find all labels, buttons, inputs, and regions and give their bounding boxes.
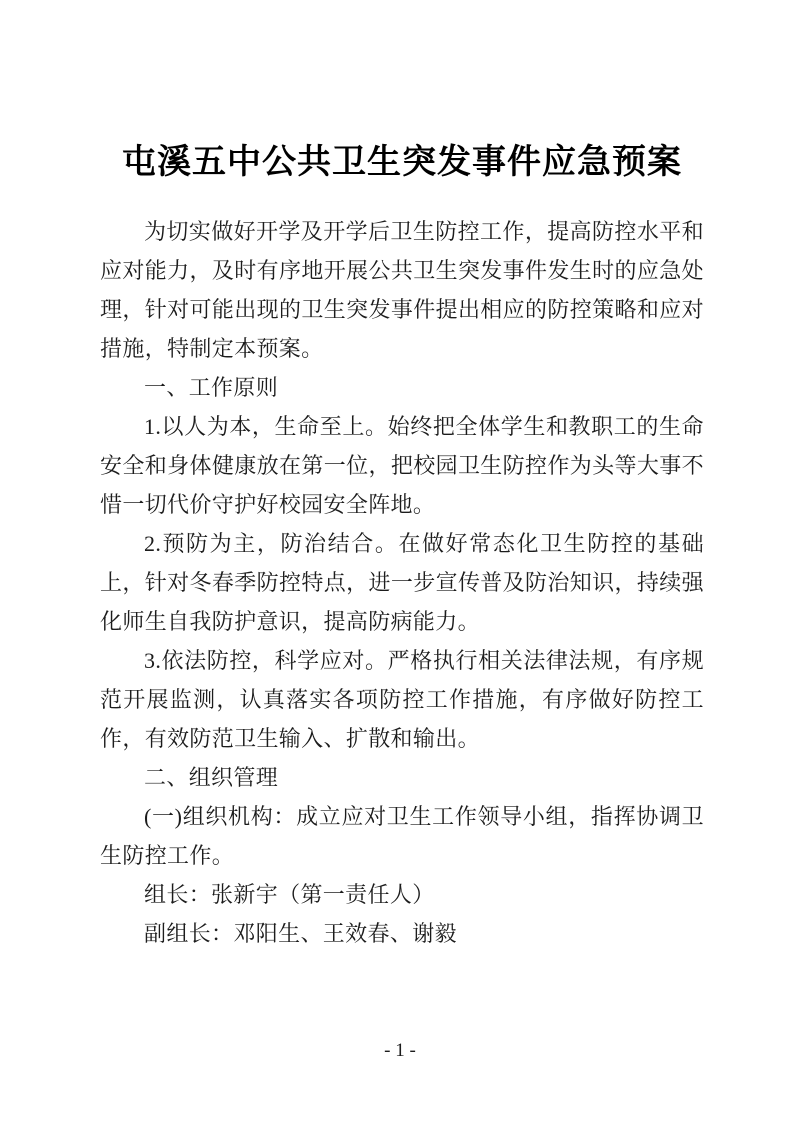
paragraph: (一)组织机构：成立应对卫生工作领导小组，指挥协调卫生防控工作。 (100, 797, 704, 875)
section-heading: 一、工作原则 (100, 368, 704, 407)
page-number: - 1 - (0, 1040, 800, 1062)
document-title: 屯溪五中公共卫生突发事件应急预案 (100, 140, 704, 186)
paragraph: 副组长：邓阳生、王效春、谢毅 (100, 914, 704, 953)
document-page: 屯溪五中公共卫生突发事件应急预案 为切实做好开学及开学后卫生防控工作，提高防控水… (0, 0, 800, 1132)
intro-paragraph: 为切实做好开学及开学后卫生防控工作，提高防控水平和应对能力，及时有序地开展公共卫… (100, 212, 704, 368)
paragraph: 3.依法防控，科学应对。严格执行相关法律法规，有序规范开展监测，认真落实各项防控… (100, 641, 704, 758)
paragraph: 1.以人为本，生命至上。始终把全体学生和教职工的生命安全和身体健康放在第一位，把… (100, 407, 704, 524)
paragraph: 2.预防为主，防治结合。在做好常态化卫生防控的基础上，针对冬春季防控特点，进一步… (100, 524, 704, 641)
document-body: 为切实做好开学及开学后卫生防控工作，提高防控水平和应对能力，及时有序地开展公共卫… (100, 212, 704, 953)
section-heading: 二、组织管理 (100, 758, 704, 797)
paragraph: 组长：张新宇（第一责任人） (100, 875, 704, 914)
